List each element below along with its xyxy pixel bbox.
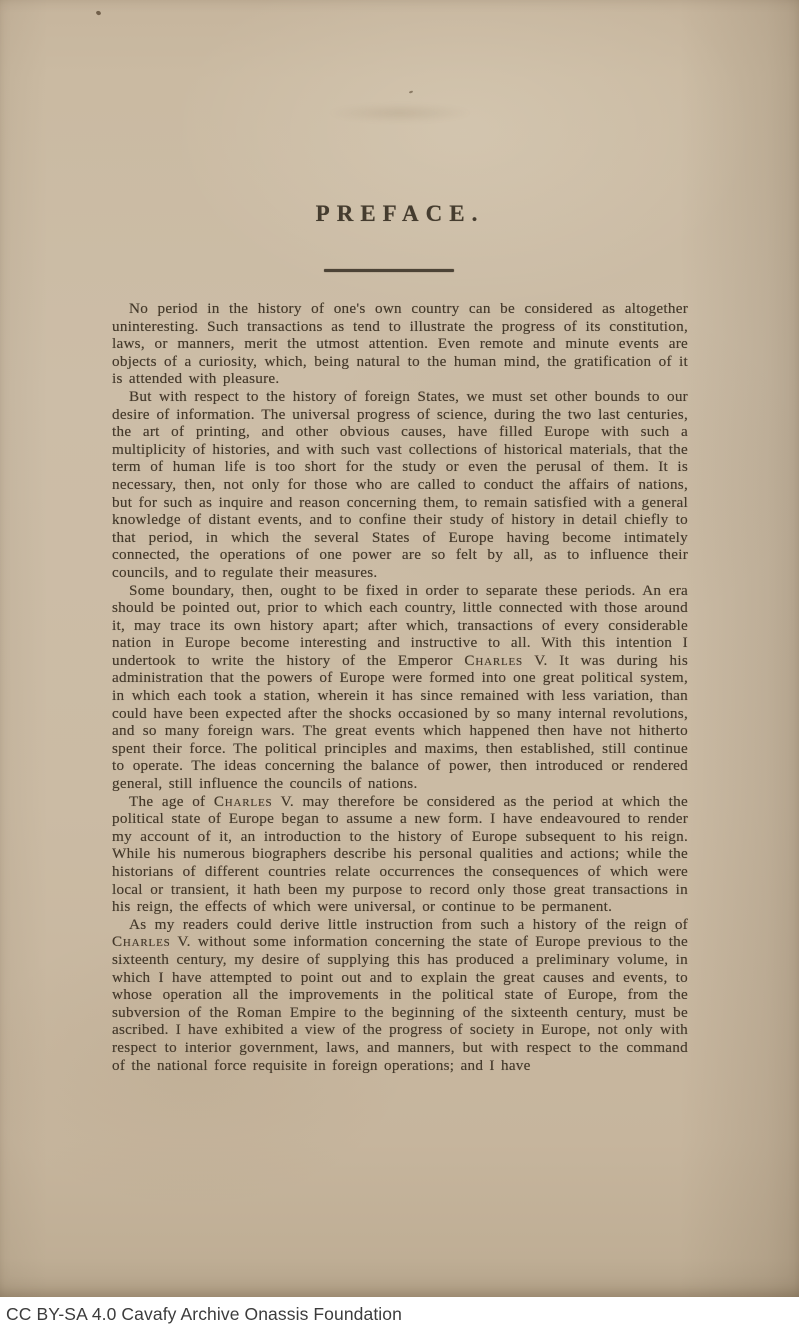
preface-paragraphs: No period in the history of one's own co… xyxy=(112,300,688,1074)
paper-speck xyxy=(95,10,101,16)
preface-paragraph: The age of Charles V. may therefore be c… xyxy=(112,793,688,916)
preface-paragraph: As my readers could derive little instru… xyxy=(112,916,688,1074)
title-divider xyxy=(324,269,454,272)
screenshot-root: PREFACE. No period in the history of one… xyxy=(0,0,799,1337)
preface-paragraph: But with respect to the history of forei… xyxy=(112,388,688,582)
preface-paragraph: No period in the history of one's own co… xyxy=(112,300,688,388)
paper-speck xyxy=(409,90,413,93)
show-through-smudge xyxy=(305,96,495,130)
book-page-scan: PREFACE. No period in the history of one… xyxy=(0,0,799,1297)
page-title: PREFACE. xyxy=(112,201,688,227)
preface-paragraph: Some boundary, then, ought to be fixed i… xyxy=(112,582,688,793)
license-caption: CC BY-SA 4.0 Cavafy Archive Onassis Foun… xyxy=(6,1304,402,1325)
license-caption-bar: CC BY-SA 4.0 Cavafy Archive Onassis Foun… xyxy=(0,1297,799,1337)
